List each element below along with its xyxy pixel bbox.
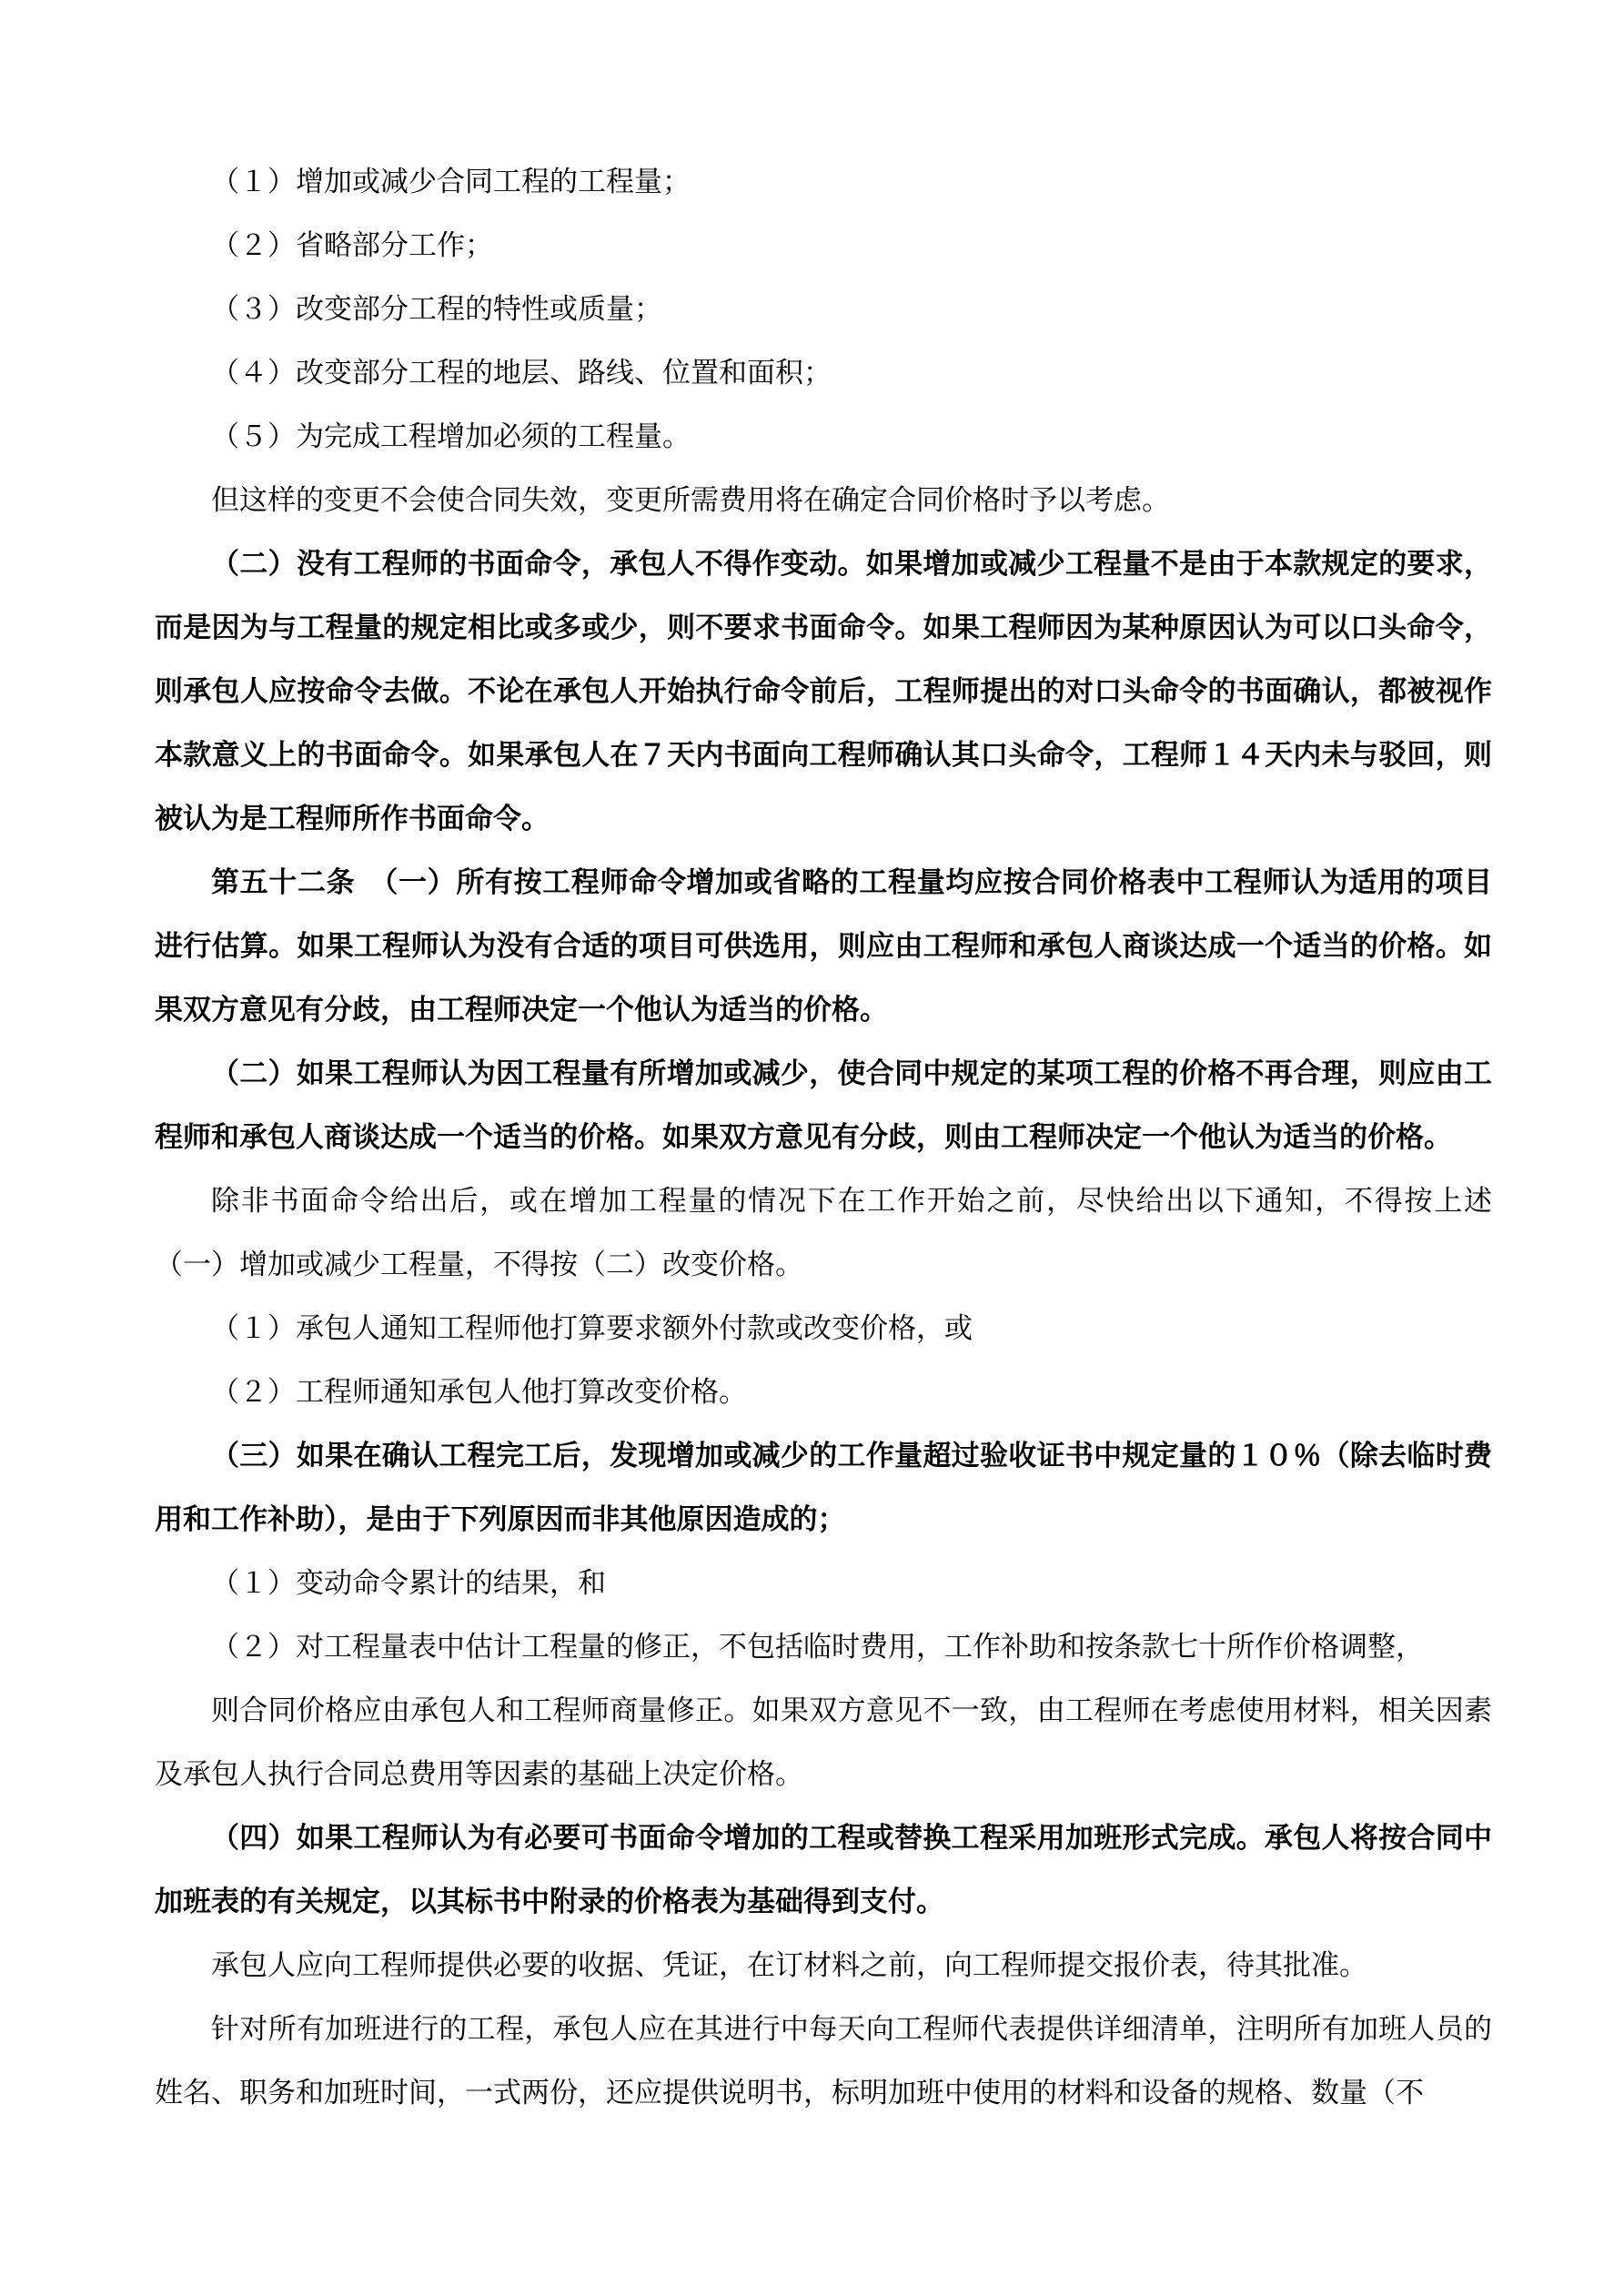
document-paragraph: 但这样的变更不会使合同失效，变更所需费用将在确定合同价格时予以考虑。	[155, 469, 1492, 532]
document-page: （１）增加或减少合同工程的工程量； （２）省略部分工作； （３）改变部分工程的特…	[0, 0, 1624, 2296]
document-paragraph: 则合同价格应由承包人和工程师商量修正。如果双方意见不一致，由工程师在考虑使用材料…	[155, 1679, 1492, 1806]
document-paragraph: 第五十二条 （一）所有按工程师命令增加或省略的工程量均应按合同价格表中工程师认为…	[155, 851, 1492, 1042]
document-paragraph: （２）省略部分工作；	[155, 214, 1492, 278]
document-paragraph: 除非书面命令给出后，或在增加工程量的情况下在工作开始之前，尽快给出以下通知，不得…	[155, 1169, 1492, 1297]
document-paragraph: （５）为完成工程增加必须的工程量。	[155, 405, 1492, 469]
document-paragraph: 承包人应向工程师提供必要的收据、凭证，在订材料之前，向工程师提交报价表，待其批准…	[155, 1934, 1492, 1998]
document-paragraph: （四）如果工程师认为有必要可书面命令增加的工程或替换工程采用加班形式完成。承包人…	[155, 1806, 1492, 1934]
document-paragraph: （４）改变部分工程的地层、路线、位置和面积；	[155, 341, 1492, 405]
document-paragraph: 针对所有加班进行的工程，承包人应在其进行中每天向工程师代表提供详细清单，注明所有…	[155, 1998, 1492, 2125]
document-paragraph: （３）改变部分工程的特性或质量；	[155, 278, 1492, 341]
document-paragraph: （三）如果在确认工程完工后，发现增加或减少的工作量超过验收证书中规定量的１０％（…	[155, 1424, 1492, 1552]
document-paragraph: （２）对工程量表中估计工程量的修正，不包括临时费用，工作补助和按条款七十所作价格…	[155, 1615, 1492, 1679]
document-paragraph: （二）没有工程师的书面命令，承包人不得作变动。如果增加或减少工程量不是由于本款规…	[155, 532, 1492, 851]
document-paragraph: （１）增加或减少合同工程的工程量；	[155, 150, 1492, 214]
document-paragraph: （１）变动命令累计的结果，和	[155, 1552, 1492, 1615]
document-paragraph: （１）承包人通知工程师他打算要求额外付款或改变价格，或	[155, 1297, 1492, 1360]
document-paragraph: （２）工程师通知承包人他打算改变价格。	[155, 1360, 1492, 1424]
document-paragraph: （二）如果工程师认为因工程量有所增加或减少，使合同中规定的某项工程的价格不再合理…	[155, 1042, 1492, 1169]
